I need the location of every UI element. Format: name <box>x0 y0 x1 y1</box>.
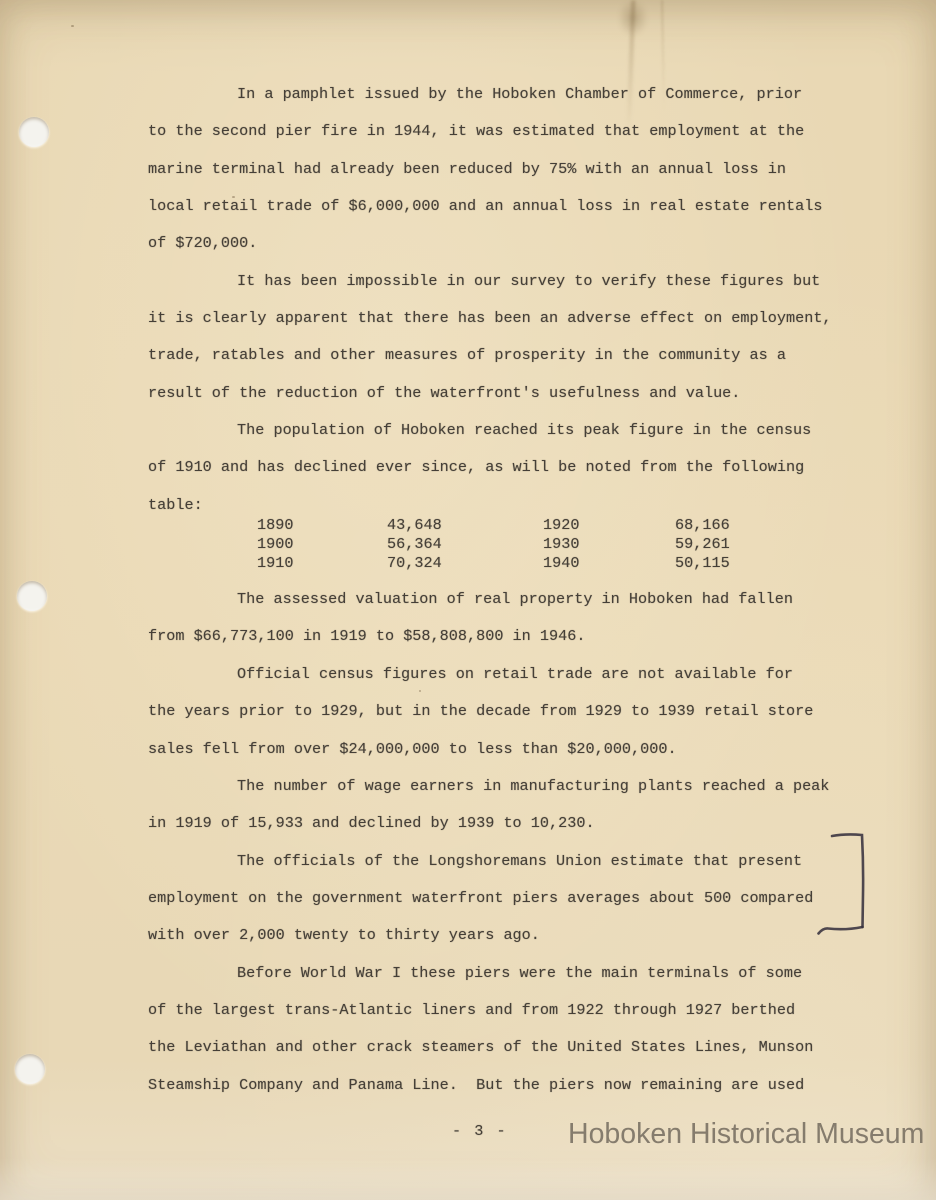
table-cell-year: 1890 <box>257 516 293 535</box>
table-cell-year: 1920 <box>543 516 579 535</box>
scanned-document-page: In a pamphlet issued by the Hoboken Cham… <box>0 0 936 1200</box>
typed-text-body: In a pamphlet issued by the Hoboken Cham… <box>148 76 854 1104</box>
table-cell-year: 1910 <box>257 554 293 573</box>
punch-hole-bottom <box>15 1054 45 1084</box>
table-cell-year: 1900 <box>257 535 293 554</box>
table-cell-population: 68,166 <box>675 516 730 535</box>
paragraph-longshoremans-union: The officials of the Longshoremans Union… <box>148 843 854 955</box>
table-row: 1910 70,324 1940 50,115 <box>148 554 854 573</box>
population-table: 1890 43,648 1920 68,166 1900 56,364 1930… <box>148 516 854 573</box>
table-cell-population: 56,364 <box>387 535 442 554</box>
table-cell-population: 59,261 <box>675 535 730 554</box>
paragraph-population-peak: The population of Hoboken reached its pe… <box>148 412 854 524</box>
paragraph-wage-earners: The number of wage earners in manufactur… <box>148 768 854 843</box>
paper-speck <box>71 25 74 27</box>
paragraph-retail-trade: Official census figures on retail trade … <box>148 656 854 768</box>
paragraph-before-wwi: Before World War I these piers were the … <box>148 955 854 1104</box>
museum-watermark: Hoboken Historical Museum <box>568 1118 924 1151</box>
punch-hole-top <box>19 117 49 147</box>
ink-bracket-annotation <box>812 824 878 942</box>
paragraph-pamphlet-estimate: In a pamphlet issued by the Hoboken Cham… <box>148 76 854 263</box>
table-cell-year: 1940 <box>543 554 579 573</box>
table-cell-population: 70,324 <box>387 554 442 573</box>
table-cell-population: 50,115 <box>675 554 730 573</box>
paragraph-survey-verification: It has been impossible in our survey to … <box>148 263 854 412</box>
table-row: 1890 43,648 1920 68,166 <box>148 516 854 535</box>
table-row: 1900 56,364 1930 59,261 <box>148 535 854 554</box>
page-number: - 3 - <box>452 1122 508 1140</box>
table-cell-year: 1930 <box>543 535 579 554</box>
paragraph-assessed-valuation: The assessed valuation of real property … <box>148 581 854 656</box>
table-cell-population: 43,648 <box>387 516 442 535</box>
punch-hole-middle <box>17 581 47 611</box>
scan-edge-light <box>0 1158 936 1200</box>
